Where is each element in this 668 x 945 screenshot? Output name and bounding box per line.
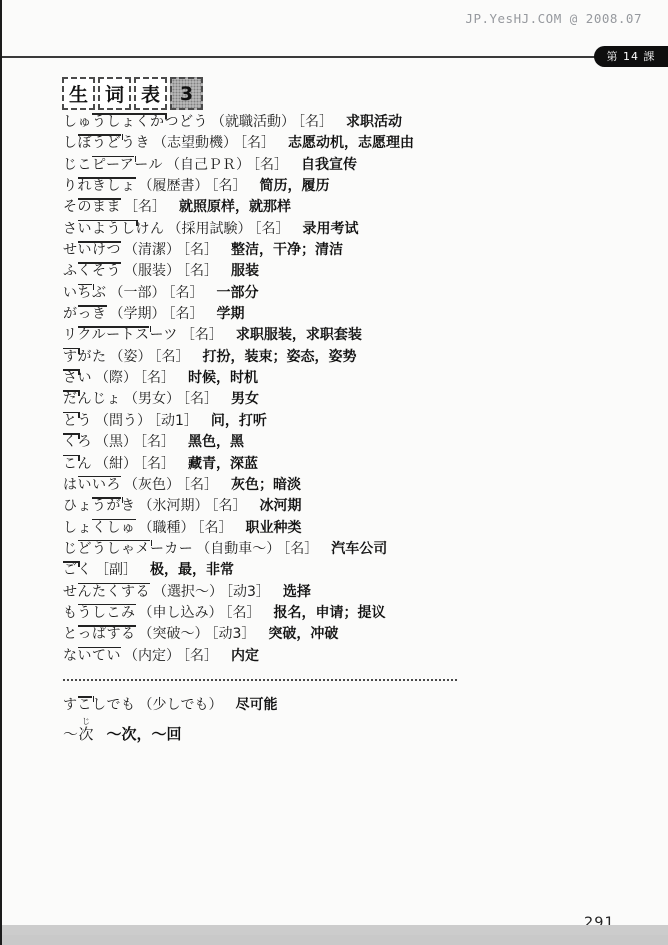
scan-left-edge <box>0 0 2 945</box>
vocab-row: さいようしけん（採用試験）［名］录用考试 <box>63 219 653 240</box>
vocab-row: しゅうしょくかつどう（就職活動）［名］求职活动 <box>63 112 653 133</box>
vocab-row: ごく［副］极，最，非常 <box>63 560 653 581</box>
vocab-rows: しゅうしょくかつどう（就職活動）［名］求职活动しぼうどうき（志望動機）［名］志愿… <box>63 112 653 667</box>
vocab-row: もうしこみ（申し込み）［名］报名，申请；提议 <box>63 603 653 624</box>
vocab-row: せんたくする（選択〜）［动3］选择 <box>63 582 653 603</box>
title-char: 生 <box>62 77 95 110</box>
page-title: 生 词 表 3 <box>62 77 203 110</box>
vocab-row: こん（紺）［名］藏青，深蓝 <box>63 454 653 475</box>
vocab-row: リクルートスーツ［名］求职服装，求职套装 <box>63 325 653 346</box>
vocab-row: とっぱする（突破〜）［动3］突破，冲破 <box>63 624 653 645</box>
title-char: 表 <box>134 77 167 110</box>
watermark-text: JP.YesHJ.COM @ 2008.07 <box>465 11 642 26</box>
vocab-row: がっき（学期）［名］学期 <box>63 304 653 325</box>
scanned-page: JP.YesHJ.COM @ 2008.07 第 14 課 生 词 表 3 しゅ… <box>0 0 668 935</box>
lesson-tab: 第 14 課 <box>594 46 668 67</box>
dotted-separator <box>63 667 653 688</box>
vocab-row: しぼうどうき（志望動機）［名］志愿动机，志愿理由 <box>63 133 653 154</box>
vocab-row: くろ（黒）［名］黑色，黑 <box>63 432 653 453</box>
vocab-row: はいいろ（灰色）［名］灰色；暗淡 <box>63 475 653 496</box>
vocab-row: さい（際）［名］时候，时机 <box>63 368 653 389</box>
vocab-row: じこピーアール（自己ＰＲ）［名］自我宣传 <box>63 155 653 176</box>
vocab-row: とう（問う）［动1］问，打听 <box>63 411 653 432</box>
vocab-row: だんじょ（男女）［名］男女 <box>63 389 653 410</box>
vocab-row: りれきしょ（履歴書）［名］简历，履历 <box>63 176 653 197</box>
vocab-row: ふくそう（服装）［名］服装 <box>63 261 653 282</box>
vocab-row: ひょうがき（氷河期）［名］冰河期 <box>63 496 653 517</box>
extra-row: すこしでも（少しでも）尽可能 <box>63 693 653 717</box>
extra-rows: すこしでも（少しでも）尽可能〜次じ〜次，〜回 <box>63 693 653 749</box>
scan-bottom-band <box>0 925 668 935</box>
vocab-row: せいけつ（清潔）［名］整洁，干净；清洁 <box>63 240 653 261</box>
vocab-row: じどうしゃメーカー（自動車〜）［名］汽车公司 <box>63 539 653 560</box>
vocab-row: いちぶ（一部）［名］一部分 <box>63 283 653 304</box>
vocab-list: しゅうしょくかつどう（就職活動）［名］求职活动しぼうどうき（志望動機）［名］志愿… <box>63 112 653 749</box>
vocab-row: すがた（姿）［名］打扮，装束；姿态，姿势 <box>63 347 653 368</box>
vocab-row: ないてい（内定）［名］内定 <box>63 646 653 667</box>
extra-row: 〜次じ〜次，〜回 <box>63 717 653 749</box>
title-char: 词 <box>98 77 131 110</box>
title-number: 3 <box>170 77 203 110</box>
vocab-row: しょくしゅ（職種）［名］职业种类 <box>63 518 653 539</box>
vocab-row: そのまま［名］就照原样，就那样 <box>63 197 653 218</box>
header-rule <box>0 56 648 58</box>
